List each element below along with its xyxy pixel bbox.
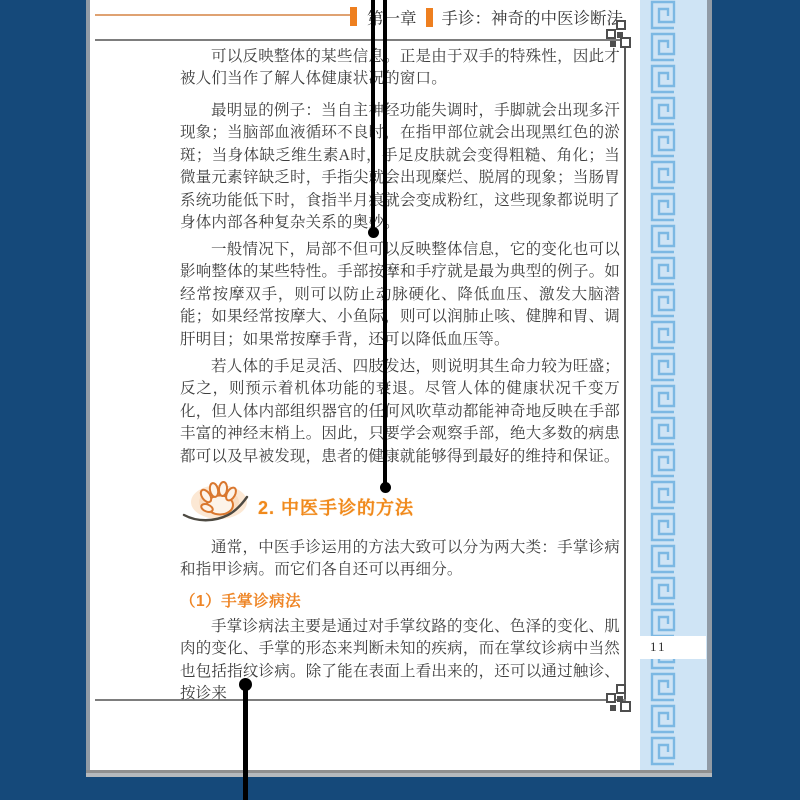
chapter-title: 手诊：神奇的中医诊断法	[442, 5, 624, 29]
greek-key-unit	[640, 576, 707, 608]
ornament-square	[610, 705, 616, 711]
greek-key-unit	[640, 288, 707, 320]
header-rule-endcap	[350, 7, 357, 26]
page-number: 11	[650, 639, 667, 655]
subsection-heading: （1）手掌诊病法	[180, 589, 620, 611]
book-page-screenshot: 11 第一章 手诊：神奇的中医诊断法 可以反映整体的某些信息。正是由于双手的特殊…	[0, 0, 800, 800]
annotation-line-top-right	[383, 0, 387, 484]
hand-print-icon	[182, 478, 252, 529]
header-rule-orange	[95, 14, 351, 16]
corner-squares-ornament-bottom	[604, 684, 636, 718]
ornament-square	[620, 37, 631, 48]
greek-key-unit	[640, 384, 707, 416]
paragraph-5: 通常，中医手诊运用的方法大致可以分为两大类：手掌诊病和指甲诊病。而它们各自还可以…	[180, 537, 620, 582]
ornament-square	[606, 29, 616, 39]
annotation-dot-top-right	[380, 482, 391, 493]
page-left-edge	[86, 0, 90, 777]
greek-key-unit	[640, 448, 707, 480]
paragraph-2: 最明显的例子：当自主神经功能失调时，手脚就会出现多汗现象；当脑部血液循环不良时，…	[180, 100, 620, 234]
page-right-edge	[707, 0, 712, 777]
frame-right-rule	[624, 39, 626, 701]
annotation-line-bottom	[243, 688, 248, 800]
greek-key-unit	[640, 32, 707, 64]
greek-key-unit	[640, 512, 707, 544]
page-bottom-edge-highlight	[86, 773, 712, 777]
greek-key-unit	[640, 64, 707, 96]
annotation-line-top-left	[371, 0, 375, 230]
section-title: 2. 中医手诊的方法	[258, 494, 414, 520]
greek-key-unit	[640, 320, 707, 352]
ornament-square	[620, 701, 631, 712]
paragraph-1: 可以反映整体的某些信息。正是由于双手的特殊性，因此才被人们当作了解人体健康状况的…	[180, 46, 620, 91]
ornament-square	[616, 684, 626, 694]
greek-key-unit	[640, 736, 707, 768]
greek-key-unit	[640, 192, 707, 224]
title-accent-bar	[426, 8, 433, 27]
greek-key-unit	[640, 352, 707, 384]
running-head: 第一章 手诊：神奇的中医诊断法	[367, 5, 623, 29]
ornament-square	[610, 41, 616, 47]
greek-key-unit	[640, 480, 707, 512]
greek-key-unit	[640, 672, 707, 704]
page-number-strip: 11	[630, 636, 706, 659]
ornament-square	[606, 693, 616, 703]
greek-key-unit	[640, 96, 707, 128]
paragraph-3: 一般情况下，局部不但可以反映整体信息，它的变化也可以影响整体的某些特性。手部按摩…	[180, 239, 620, 351]
greek-key-unit	[640, 256, 707, 288]
greek-key-unit	[640, 544, 707, 576]
corner-squares-ornament-top	[604, 20, 636, 54]
greek-key-unit	[640, 160, 707, 192]
greek-key-unit	[640, 416, 707, 448]
annotation-dot-top-left	[368, 227, 379, 238]
ornament-square	[616, 20, 626, 30]
greek-key-unit	[640, 224, 707, 256]
greek-key-unit	[640, 0, 707, 32]
frame-top-rule	[95, 39, 626, 41]
paragraph-4: 若人体的手足灵活、四肢发达，则说明其生命力较为旺盛；反之，则预示着机体功能的衰退…	[180, 356, 620, 468]
greek-key-unit	[640, 128, 707, 160]
greek-key-unit	[640, 704, 707, 736]
